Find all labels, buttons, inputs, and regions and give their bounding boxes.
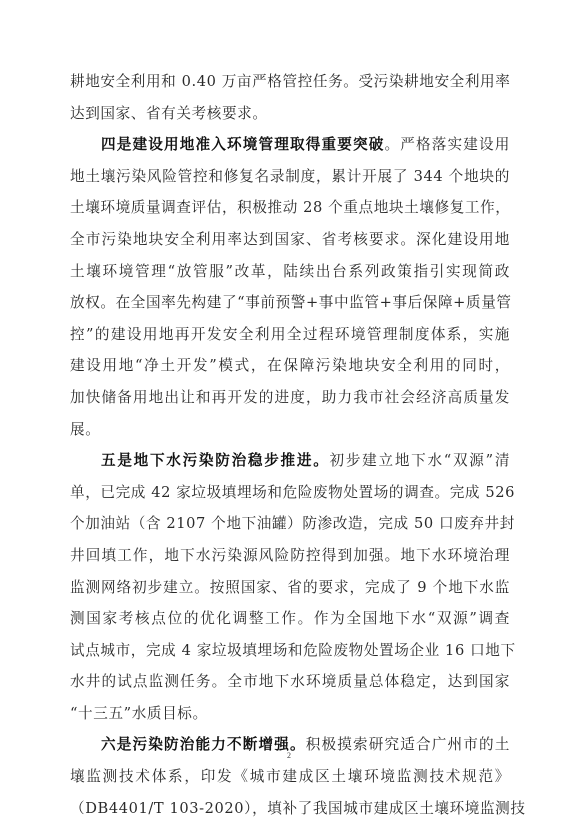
text-line: 展。	[70, 414, 510, 446]
paragraph-groundwater: 五是地下水污染防治稳步推进。初步建立地下水“双源”清 单，已完成 42 家垃圾填…	[70, 445, 510, 729]
text-line: 监测网络初步建立。按照国家、省的要求，完成了 9 个地下水监	[70, 572, 510, 604]
text-fragment: 初步建立地下水“双源”清	[330, 452, 510, 469]
paragraph-land-access: 四是建设用地准入环境管理取得重要突破。严格落实建设用 地土壤污染风险管控和修复名…	[70, 129, 510, 445]
text-line: 建设用地“净土开发”模式，在保障污染地块安全利用的同时，	[70, 350, 510, 382]
text-line: 壤监测技术体系，印发《城市建成区土壤环境监测技术规范》	[70, 761, 510, 793]
paragraph-heading: 五是地下水污染防治稳步推进。	[101, 452, 330, 469]
paragraph-continued: 耕地安全利用和 0.40 万亩严格管控任务。受污染耕地安全利用率 达到国家、省有…	[70, 66, 510, 129]
text-line: 四是建设用地准入环境管理取得重要突破。严格落实建设用	[70, 129, 510, 161]
text-line: 控”的建设用地再开发安全利用全过程环境管理制度体系，实施	[70, 319, 510, 351]
text-line: 井回填工作，地下水污染源风险防控得到加强。地下水环境治理	[70, 540, 510, 572]
text-line: 个加油站（含 2107 个地下油罐）防渗改造，完成 50 口废弃井封	[70, 508, 510, 540]
text-line: 测国家考核点位的优化调整工作。作为全国地下水“双源”调查	[70, 603, 510, 635]
text-line: 耕地安全利用和 0.40 万亩严格管控任务。受污染耕地安全利用率	[70, 66, 510, 98]
text-line: 全市污染地块安全利用率达到国家、省考核要求。深化建设用地	[70, 224, 510, 256]
text-line: 放权。在全国率先构建了“事前预警+事中监管+事后保障+质量管	[70, 287, 510, 319]
text-line: （DB4401/T 103-2020），填补了我国城市建成区土壤环境监测技	[70, 793, 510, 818]
text-line: 单，已完成 42 家垃圾填埋场和危险废物处置场的调查。完成 526	[70, 477, 510, 509]
text-fragment: 积极摸索研究适合广州市的土	[306, 736, 510, 753]
body-text: 耕地安全利用和 0.40 万亩严格管控任务。受污染耕地安全利用率 达到国家、省有…	[70, 66, 510, 818]
text-line: 地土壤污染风险管控和修复名录制度，累计开展了 344 个地块的	[70, 161, 510, 193]
text-line: 试点城市，完成 4 家垃圾填埋场和危险废物处置场企业 16 口地下	[70, 635, 510, 667]
text-fragment: 。严格落实建设用	[385, 136, 510, 153]
text-line: 土壤环境管理“放管服”改革，陆续出台系列政策指引实现简政	[70, 256, 510, 288]
text-line: 水井的试点监测任务。全市地下水环境质量总体稳定，达到国家	[70, 666, 510, 698]
paragraph-capacity: 六是污染防治能力不断增强。积极摸索研究适合广州市的土 壤监测技术体系，印发《城市…	[70, 729, 510, 818]
paragraph-heading: 六是污染防治能力不断增强。	[101, 736, 306, 753]
text-line: “十三五”水质目标。	[70, 698, 510, 730]
text-line: 土壤环境质量调查评估，积极推动 28 个重点地块土壤修复工作，	[70, 192, 510, 224]
text-line: 达到国家、省有关考核要求。	[70, 98, 510, 130]
page-number: 2	[284, 751, 294, 760]
document-page: 耕地安全利用和 0.40 万亩严格管控任务。受污染耕地安全利用率 达到国家、省有…	[0, 0, 578, 818]
paragraph-heading: 四是建设用地准入环境管理取得重要突破	[101, 136, 385, 153]
text-line: 五是地下水污染防治稳步推进。初步建立地下水“双源”清	[70, 445, 510, 477]
text-line: 加快储备用地出让和再开发的进度，助力我市社会经济高质量发	[70, 382, 510, 414]
